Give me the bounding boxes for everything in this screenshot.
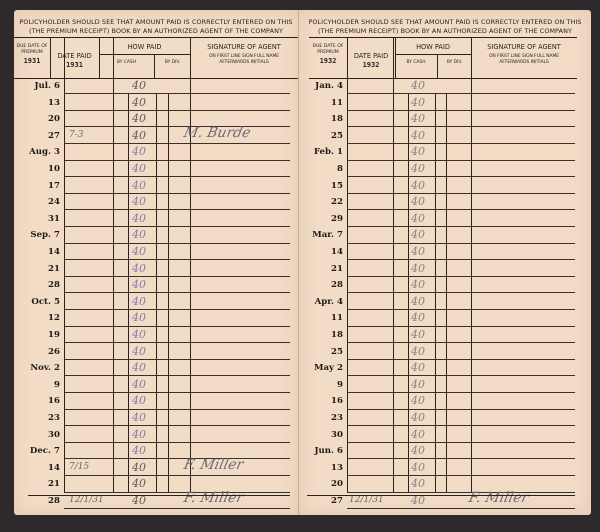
ledger-row: Feb. 140 — [299, 143, 591, 160]
ledger-row: 1440 — [14, 243, 298, 260]
due-date: 23 — [299, 409, 347, 426]
ledger-row: 2640 — [14, 343, 298, 360]
header-year: 1932 — [309, 57, 347, 65]
amount-by-cash: 40 — [411, 310, 425, 326]
amount-by-cash: 40 — [132, 211, 146, 227]
due-date: 18 — [299, 326, 347, 343]
ledger-row: 1540 — [299, 177, 591, 194]
due-date: May 2 — [299, 359, 347, 376]
ledger-row: Sep. 740 — [14, 226, 298, 243]
due-date: Mar. 7 — [299, 226, 347, 243]
due-date: 28 — [14, 276, 64, 293]
due-date: 21 — [299, 260, 347, 277]
due-date: Sep. 7 — [14, 226, 64, 243]
ledger-row: 1340 — [14, 94, 298, 111]
amount-by-cash: 40 — [132, 344, 146, 360]
table-header: DUE DATE OF PREMIUM 1931 DATE PAID 1931 … — [14, 37, 298, 79]
amount-by-cash: 40 — [411, 144, 425, 160]
due-date: 25 — [299, 343, 347, 360]
amount-by-cash: 40 — [411, 244, 425, 260]
amount-by-cash: 40 — [132, 178, 146, 194]
policyholder-notice: POLICYHOLDER SHOULD SEE THAT AMOUNT PAID… — [299, 18, 591, 35]
amount-by-cash: 40 — [132, 128, 146, 144]
ledger-row: Oct. 540 — [14, 293, 298, 310]
header-year: 1931 — [14, 57, 50, 65]
ledger-row: May 240 — [299, 359, 591, 376]
due-date: 19 — [14, 326, 64, 343]
due-date: 24 — [14, 193, 64, 210]
due-date: 11 — [299, 94, 347, 111]
ledger-row: 1740 — [14, 177, 298, 194]
due-date: 9 — [14, 376, 64, 393]
due-date: 13 — [14, 94, 64, 111]
header-signature: SIGNATURE OF AGENT ON FIRST LINE SIGN FU… — [190, 38, 298, 78]
ledger-row: 2140 — [14, 260, 298, 277]
amount-by-cash: 40 — [411, 211, 425, 227]
header-date-paid: DATE PAID 1932 — [347, 38, 396, 78]
due-date: 25 — [299, 127, 347, 144]
amount-by-cash: 40 — [411, 476, 425, 492]
ledger-row: 1240 — [14, 309, 298, 326]
ledger-row: 940 — [299, 376, 591, 393]
amount-by-cash: 40 — [132, 261, 146, 277]
amount-by-cash: 40 — [132, 244, 146, 260]
ledger-row: 2540 — [299, 127, 591, 144]
ledger-row: 2940 — [299, 210, 591, 227]
ledger-row: 1940 — [14, 326, 298, 343]
ledger-row: 2040 — [14, 110, 298, 127]
due-date: 14 — [14, 243, 64, 260]
ledger-row: 2540 — [299, 343, 591, 360]
header-by-cash: BY CASH — [395, 55, 438, 78]
ledger-row: 1340 — [299, 459, 591, 476]
amount-by-cash: 40 — [411, 393, 425, 409]
ledger-row: 1840 — [299, 326, 591, 343]
header-how-paid: HOW PAID BY CASH BY DIV. — [395, 38, 472, 78]
header-by-cash: BY CASH — [99, 55, 155, 78]
amount-by-cash: 40 — [132, 277, 146, 293]
ledger-row: Jun. 640 — [299, 442, 591, 459]
due-date: 23 — [14, 409, 64, 426]
ledger-row: 2340 — [299, 409, 591, 426]
due-date: 31 — [14, 210, 64, 227]
amount-by-cash: 40 — [411, 377, 425, 393]
amount-by-cash: 40 — [132, 111, 146, 127]
amount-by-cash: 40 — [132, 410, 146, 426]
ledger-row: 2140 — [14, 475, 298, 492]
amount-by-cash: 40 — [132, 327, 146, 343]
ledger-row: Jul. 640 — [14, 77, 298, 94]
due-date: 21 — [14, 260, 64, 277]
ledger-row: 3040 — [299, 426, 591, 443]
ledger-row: 940 — [14, 376, 298, 393]
ledger-row: Jan. 440 — [299, 77, 591, 94]
amount-by-cash: 40 — [132, 427, 146, 443]
amount-by-cash: 40 — [411, 261, 425, 277]
ledger-row: 1140 — [299, 94, 591, 111]
amount-by-cash: 40 — [132, 161, 146, 177]
due-date: Feb. 1 — [299, 143, 347, 160]
header-signature: SIGNATURE OF AGENT ON FIRST LINE SIGN FU… — [471, 38, 577, 78]
ledger-row: 1640 — [299, 392, 591, 409]
due-date: 21 — [14, 475, 64, 492]
due-date: Aug. 3 — [14, 143, 64, 160]
due-date: 16 — [299, 392, 347, 409]
due-date: 28 — [299, 276, 347, 293]
due-date: 20 — [299, 475, 347, 492]
date-paid: 7/15 — [69, 459, 89, 476]
amount-by-cash: 40 — [132, 78, 146, 94]
ledger-row: 147/1540F. Miller — [14, 459, 298, 476]
ledger-row: 1840 — [299, 110, 591, 127]
agent-signature: M. Burde — [182, 125, 252, 141]
due-date: 17 — [14, 177, 64, 194]
amount-by-cash: 40 — [411, 460, 425, 476]
amount-by-cash: 40 — [132, 227, 146, 243]
amount-by-cash: 40 — [132, 310, 146, 326]
due-date: 16 — [14, 392, 64, 409]
due-date: 10 — [14, 160, 64, 177]
due-date: 27 — [14, 127, 64, 144]
amount-by-cash: 40 — [411, 294, 425, 310]
amount-by-cash: 40 — [411, 178, 425, 194]
ledger-row: Dec. 740 — [14, 442, 298, 459]
amount-by-cash: 40 — [132, 476, 146, 492]
amount-by-cash: 40 — [132, 443, 146, 459]
due-date: Jun. 6 — [299, 442, 347, 459]
amount-by-cash: 40 — [132, 194, 146, 210]
due-date: 20 — [14, 110, 64, 127]
amount-by-cash: 40 — [411, 78, 425, 94]
amount-by-cash: 40 — [411, 410, 425, 426]
amount-by-cash: 40 — [132, 95, 146, 111]
ledger-row: 3140 — [14, 210, 298, 227]
amount-by-cash: 40 — [132, 360, 146, 376]
amount-by-cash: 40 — [411, 194, 425, 210]
amount-by-cash: 40 — [411, 277, 425, 293]
header-date-paid: DATE PAID 1931 — [50, 38, 100, 78]
due-date: Dec. 7 — [14, 442, 64, 459]
amount-by-cash: 40 — [411, 443, 425, 459]
agent-signature: F. Miller — [182, 490, 245, 506]
ledger-row: Nov. 240 — [14, 359, 298, 376]
due-date: 30 — [14, 426, 64, 443]
ledger-row: Aug. 340 — [14, 143, 298, 160]
due-date: Jan. 4 — [299, 77, 347, 94]
due-date: 8 — [299, 160, 347, 177]
ledger-row: 1140 — [299, 309, 591, 326]
due-date: 11 — [299, 309, 347, 326]
amount-by-cash: 40 — [132, 460, 146, 476]
amount-by-cash: 40 — [132, 144, 146, 160]
header-by-div: BY DIV. — [155, 55, 190, 78]
due-date: 14 — [14, 459, 64, 476]
header-due-date: DUE DATE OF PREMIUM 1931 — [14, 38, 51, 78]
ledger-row: 1440 — [299, 243, 591, 260]
due-date: 18 — [299, 110, 347, 127]
due-date: 13 — [299, 459, 347, 476]
amount-by-cash: 40 — [411, 344, 425, 360]
due-date: 30 — [299, 426, 347, 443]
agent-signature: F. Miller — [182, 457, 245, 473]
due-date: 14 — [299, 243, 347, 260]
date-paid: 7-3 — [69, 127, 84, 144]
amount-by-cash: 40 — [411, 327, 425, 343]
amount-by-cash: 40 — [132, 294, 146, 310]
ledger-row: 1040 — [14, 160, 298, 177]
header-due-date: DUE DATE OF PREMIUM 1932 — [309, 38, 348, 78]
table-header: DUE DATE OF PREMIUM 1932 DATE PAID 1932 … — [309, 37, 577, 79]
ledger-row: 2240 — [299, 193, 591, 210]
ledger-row: 3040 — [14, 426, 298, 443]
ledger-row: Apr. 440 — [299, 293, 591, 310]
header-year: 1931 — [50, 61, 99, 69]
due-date: 29 — [299, 210, 347, 227]
due-date: Nov. 2 — [14, 359, 64, 376]
receipt-page-1931: POLICYHOLDER SHOULD SEE THAT AMOUNT PAID… — [14, 10, 298, 515]
due-date: 22 — [299, 193, 347, 210]
ledger-row: 277-340M. Burde — [14, 127, 298, 144]
agent-signature: F. Miller — [467, 490, 530, 506]
amount-by-cash: 40 — [411, 161, 425, 177]
due-date: Jul. 6 — [14, 77, 64, 94]
header-year: 1932 — [347, 61, 395, 69]
ledger-row: 2040 — [299, 475, 591, 492]
policyholder-notice: POLICYHOLDER SHOULD SEE THAT AMOUNT PAID… — [14, 18, 298, 35]
amount-by-cash: 40 — [132, 377, 146, 393]
amount-by-cash: 40 — [411, 227, 425, 243]
due-date: Oct. 5 — [14, 293, 64, 310]
ledger-row: 2440 — [14, 193, 298, 210]
due-date: 15 — [299, 177, 347, 194]
ledger-row: 2140 — [299, 260, 591, 277]
receipt-page-1932: POLICYHOLDER SHOULD SEE THAT AMOUNT PAID… — [298, 10, 591, 515]
due-date: Apr. 4 — [299, 293, 347, 310]
amount-by-cash: 40 — [411, 427, 425, 443]
amount-by-cash: 40 — [411, 128, 425, 144]
ledger-row: Mar. 740 — [299, 226, 591, 243]
ledger-row: 1640 — [14, 392, 298, 409]
amount-by-cash: 40 — [411, 95, 425, 111]
header-by-div: BY DIV. — [438, 55, 471, 78]
due-date: 12 — [14, 309, 64, 326]
ledger-row: 840 — [299, 160, 591, 177]
amount-by-cash: 40 — [411, 111, 425, 127]
amount-by-cash: 40 — [132, 393, 146, 409]
ledger-row: 2840 — [14, 276, 298, 293]
ledger-row: 2840 — [299, 276, 591, 293]
due-date: 26 — [14, 343, 64, 360]
amount-by-cash: 40 — [411, 360, 425, 376]
ledger-row: 2340 — [14, 409, 298, 426]
due-date: 9 — [299, 376, 347, 393]
